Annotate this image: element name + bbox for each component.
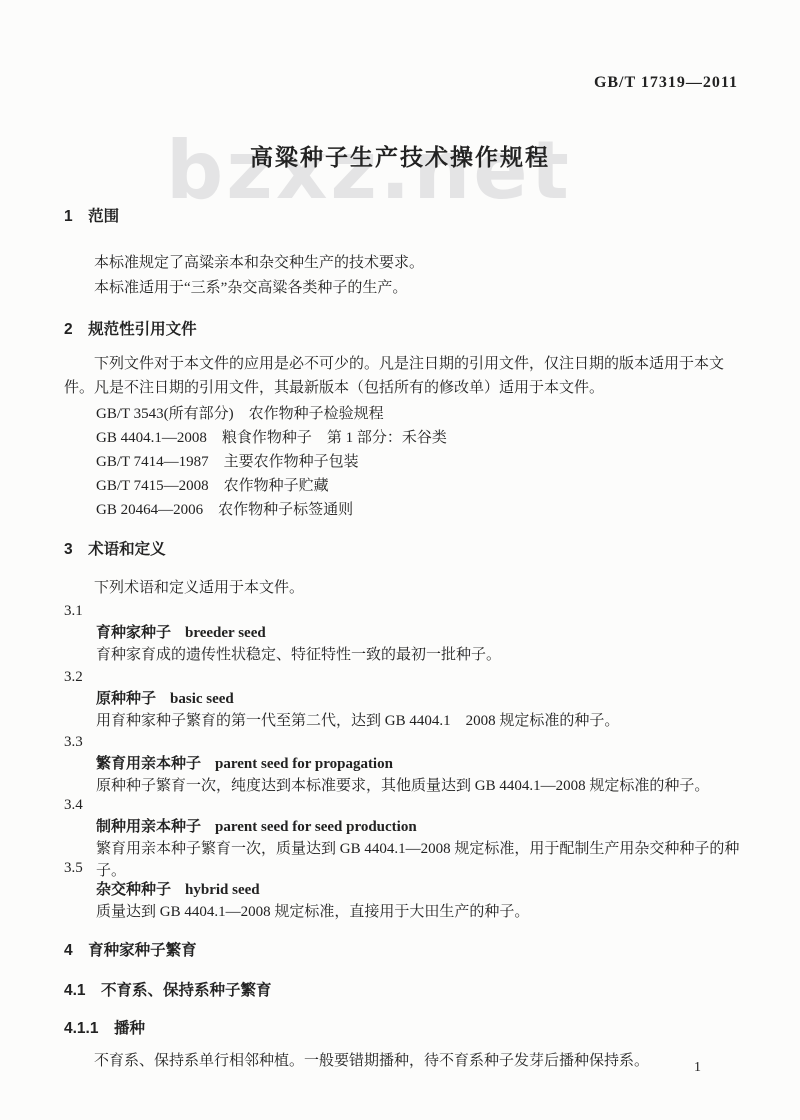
term-number: 3.2	[64, 666, 742, 688]
doc-code: GB/T 17319—2011	[594, 74, 738, 92]
reference-item: GB/T 7414—1987 主要农作物种子包装	[64, 450, 742, 474]
term-name-zh: 繁育用亲本种子	[96, 755, 201, 772]
section-1-paragraph-1: 本标准规定了高粱亲本和杂交种生产的技术要求。	[64, 251, 742, 275]
reference-item: GB/T 7415—2008 农作物种子贮藏	[64, 474, 742, 498]
term-definition: 质量达到 GB 4404.1—2008 规定标准，直接用于大田生产的种子。	[64, 901, 742, 923]
section-2-intro: 下列文件对于本文件的应用是必不可少的。凡是注日期的引用文件，仅注日期的版本适用于…	[64, 352, 742, 400]
term-number: 3.4	[64, 794, 742, 816]
reference-list: GB/T 3543(所有部分) 农作物种子检验规程 GB 4404.1—2008…	[64, 402, 742, 522]
reference-item: GB/T 3543(所有部分) 农作物种子检验规程	[64, 402, 742, 426]
section-1-heading: 1 范围	[64, 205, 742, 229]
term-name-en: parent seed for seed production	[215, 819, 417, 835]
term-number: 3.3	[64, 731, 742, 753]
page-number: 1	[694, 1060, 701, 1076]
term-block-3-2: 3.2 原种种子basic seed 用育种家种子繁育的第一代至第二代，达到 G…	[64, 666, 742, 732]
term-block-3-1: 3.1 育种家种子breeder seed 育种家育成的遗传性状稳定、特征特性一…	[64, 600, 742, 666]
section-3-intro: 下列术语和定义适用于本文件。	[64, 576, 742, 600]
term-definition: 育种家育成的遗传性状稳定、特征特性一致的最初一批种子。	[64, 644, 742, 666]
term-block-3-3: 3.3 繁育用亲本种子parent seed for propagation 原…	[64, 731, 742, 797]
section-3-heading: 3 术语和定义	[64, 538, 742, 562]
section-2-heading: 2 规范性引用文件	[64, 318, 742, 342]
section-1-paragraph-2: 本标准适用于“三系”杂交高粱各类种子的生产。	[64, 276, 742, 300]
term-number: 3.5	[64, 857, 742, 879]
term-name-en: breeder seed	[185, 625, 266, 641]
term-name-en: hybrid seed	[185, 882, 260, 898]
term-number: 3.1	[64, 600, 742, 622]
page-title: 高粱种子生产技术操作规程	[0, 139, 800, 172]
term-name-zh: 制种用亲本种子	[96, 818, 201, 835]
section-4-paragraph: 不育系、保持系单行相邻种植。一般要错期播种，待不育系种子发芽后播种保持系。	[64, 1049, 742, 1073]
section-4-heading: 4 育种家种子繁育	[64, 939, 742, 963]
term-name-zh: 育种家种子	[96, 624, 171, 641]
term-block-3-5: 3.5 杂交种种子hybrid seed 质量达到 GB 4404.1—2008…	[64, 857, 742, 923]
term-name-en: parent seed for propagation	[215, 756, 393, 772]
term-definition: 用育种家种子繁育的第一代至第二代，达到 GB 4404.1 2008 规定标准的…	[64, 710, 742, 732]
reference-item: GB 20464—2006 农作物种子标签通则	[64, 498, 742, 522]
term-name-en: basic seed	[170, 691, 234, 707]
term-name-zh: 原种种子	[96, 690, 156, 707]
section-4-1-1-heading: 4.1.1 播种	[64, 1017, 742, 1041]
section-4-1-heading: 4.1 不育系、保持系种子繁育	[64, 979, 742, 1003]
term-name-zh: 杂交种种子	[96, 881, 171, 898]
reference-item: GB 4404.1—2008 粮食作物种子 第 1 部分：禾谷类	[64, 426, 742, 450]
